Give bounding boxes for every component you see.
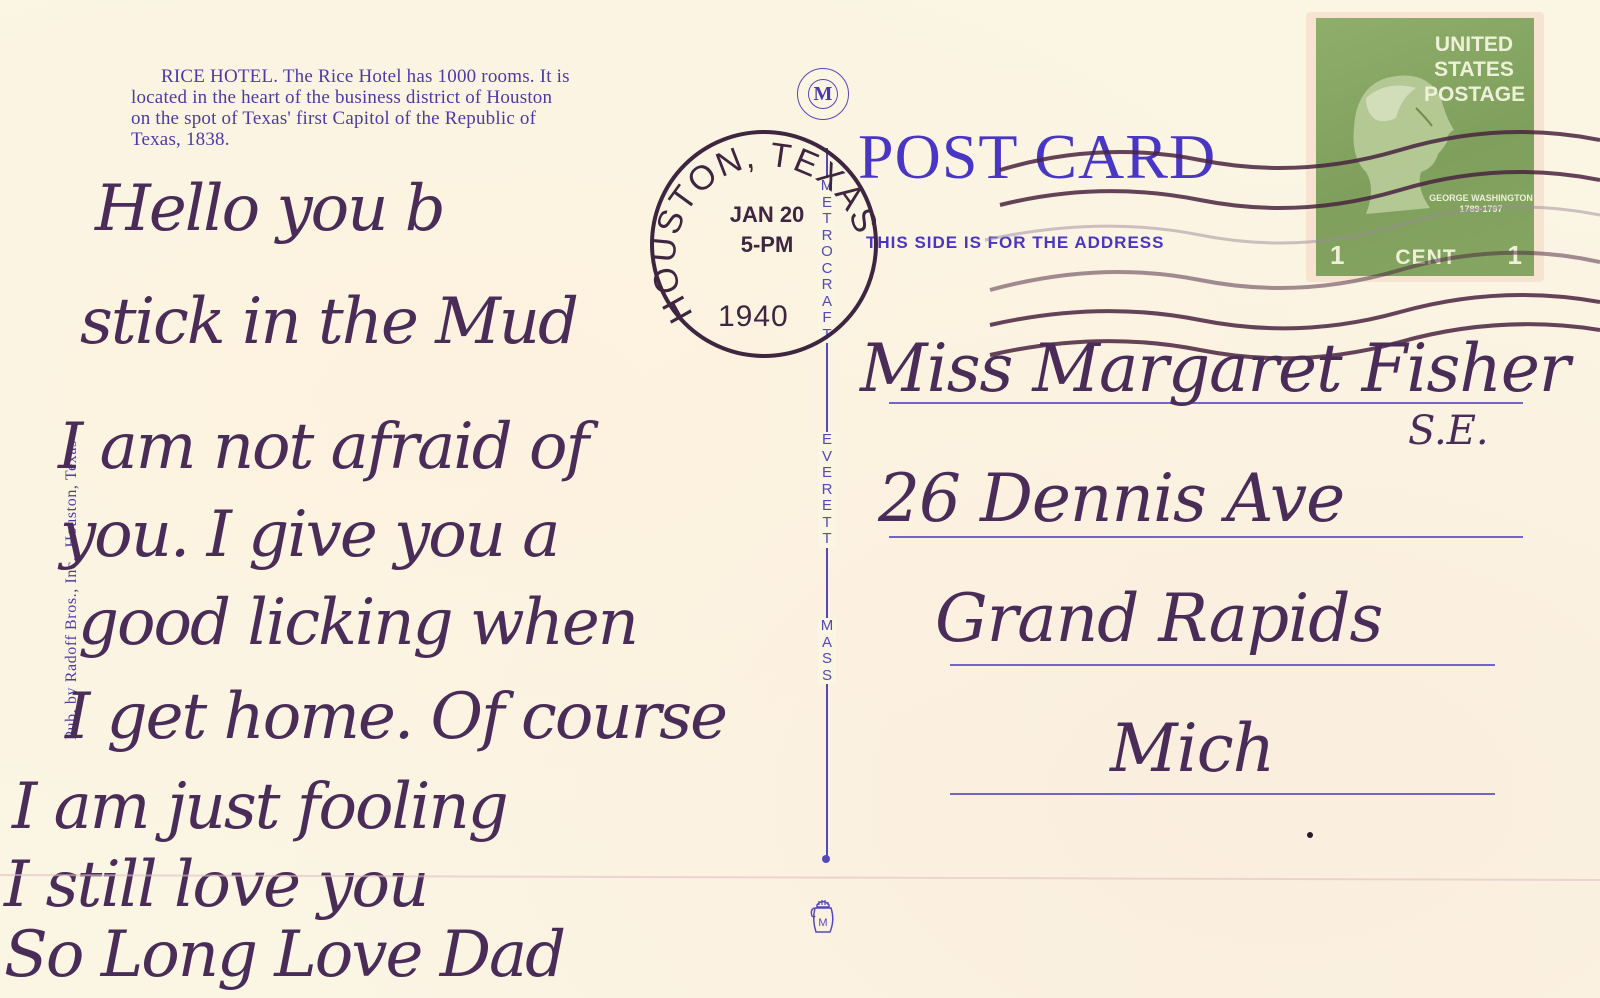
postcard-back: RICE HOTEL. The Rice Hotel has 1000 room… [0,0,1600,998]
faint-stray-line [0,0,1600,998]
